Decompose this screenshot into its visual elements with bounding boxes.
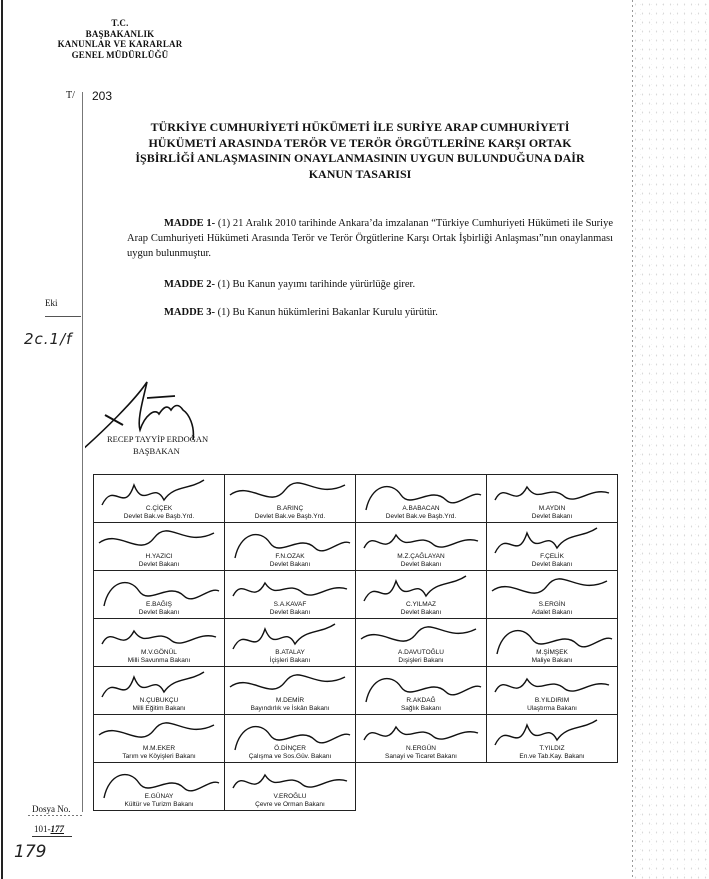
article-label: MADDE 1- bbox=[164, 218, 215, 229]
minister-signature-cell: B.ATALAYİçişleri Bakanı bbox=[225, 619, 356, 667]
signature-cell-content: C.ÇİÇEKDevlet Bak.ve Başb.Yrd. bbox=[94, 475, 224, 522]
minister-signature-cell: A.BABACANDevlet Bak.ve Başb.Yrd. bbox=[356, 475, 487, 523]
minister-title: İçişleri Bakanı bbox=[225, 657, 355, 664]
minister-name: H.YAZICI bbox=[94, 553, 224, 560]
minister-signature-cell: M.V.GÖNÜLMilli Savunma Bakanı bbox=[94, 619, 225, 667]
article-label: MADDE 2- bbox=[164, 279, 215, 290]
minister-name: B.ARINÇ bbox=[225, 505, 355, 512]
signature-cell-content: V.EROĞLUÇevre ve Orman Bakanı bbox=[225, 763, 355, 810]
minister-title: Tarım ve Köyişleri Bakanı bbox=[94, 753, 224, 760]
minister-signature-cell: R.AKDAĞSağlık Bakanı bbox=[356, 667, 487, 715]
page-right-edge bbox=[632, 0, 633, 879]
title-line: HÜKÜMETİ ARASINDA TERÖR VE TERÖR ÖRGÜTLE… bbox=[120, 136, 600, 152]
empty-cell bbox=[487, 763, 618, 811]
minister-title: Devlet Bakanı bbox=[487, 561, 617, 568]
file-number-underline bbox=[32, 836, 72, 837]
minister-name: T.YILDIZ bbox=[487, 745, 617, 752]
minister-title: Sağlık Bakanı bbox=[356, 705, 486, 712]
title-line: TÜRKİYE CUMHURİYETİ HÜKÜMETİ İLE SURİYE … bbox=[120, 120, 600, 136]
minister-signature-cell: V.EROĞLUÇevre ve Orman Bakanı bbox=[225, 763, 356, 811]
minister-name: S.ERGİN bbox=[487, 601, 617, 608]
minister-name: B.ATALAY bbox=[225, 649, 355, 656]
minister-title: Devlet Bakanı bbox=[94, 609, 224, 616]
article-2: MADDE 2- (1) Bu Kanun yayımı tarihinde y… bbox=[164, 277, 415, 292]
minister-name: Ö.DİNÇER bbox=[225, 745, 355, 752]
signature-cell-content: M.ŞİMŞEKMaliye Bakanı bbox=[487, 619, 617, 666]
minister-signature-cell: S.A.KAVAFDevlet Bakanı bbox=[225, 571, 356, 619]
minister-signature-cell: M.AYDINDevlet Bakanı bbox=[487, 475, 618, 523]
minister-signature-cell: T.YILDIZEn.ve Tab.Kay. Bakanı bbox=[487, 715, 618, 763]
minister-name: N.ÇUBUKÇU bbox=[94, 697, 224, 704]
signature-cell-content: A.BABACANDevlet Bak.ve Başb.Yrd. bbox=[356, 475, 486, 522]
article-1: MADDE 1- (1) 21 Aralık 2010 tarihinde An… bbox=[127, 216, 613, 261]
minister-signature-cell: S.ERGİNAdalet Bakanı bbox=[487, 571, 618, 619]
minister-title: Çalışma ve Sos.Güv. Bakanı bbox=[225, 753, 355, 760]
signature-cell-content: N.ÇUBUKÇUMilli Eğitim Bakanı bbox=[94, 667, 224, 714]
document-title: TÜRKİYE CUMHURİYETİ HÜKÜMETİ İLE SURİYE … bbox=[120, 120, 600, 182]
signature-cell-content: T.YILDIZEn.ve Tab.Kay. Bakanı bbox=[487, 715, 617, 762]
minister-name: C.ÇİÇEK bbox=[94, 505, 224, 512]
minister-name: A.BABACAN bbox=[356, 505, 486, 512]
reference-number: 203 bbox=[92, 89, 112, 103]
minister-signature-cell: B.ARINÇDevlet Bak.ve Başb.Yrd. bbox=[225, 475, 356, 523]
minister-signature-cell: M.Z.ÇAĞLAYANDevlet Bakanı bbox=[356, 523, 487, 571]
signature-cell-content: M.Z.ÇAĞLAYANDevlet Bakanı bbox=[356, 523, 486, 570]
minister-signature-cell: C.YILMAZDevlet Bakanı bbox=[356, 571, 487, 619]
minister-name: B.YILDIRIM bbox=[487, 697, 617, 704]
minister-signature-cell: E.GÜNAYKültür ve Turizm Bakanı bbox=[94, 763, 225, 811]
minister-title: Adalet Bakanı bbox=[487, 609, 617, 616]
article-text: (1) Bu Kanun yayımı tarihinde yürürlüğe … bbox=[218, 279, 415, 290]
signature-cell-content: R.AKDAĞSağlık Bakanı bbox=[356, 667, 486, 714]
minister-title: Devlet Bakanı bbox=[356, 609, 486, 616]
minister-signature-cell: N.ÇUBUKÇUMilli Eğitim Bakanı bbox=[94, 667, 225, 715]
minister-title: Çevre ve Orman Bakanı bbox=[225, 801, 355, 808]
signature-cell-content: M.V.GÖNÜLMilli Savunma Bakanı bbox=[94, 619, 224, 666]
signature-row: C.ÇİÇEKDevlet Bak.ve Başb.Yrd.B.ARINÇDev… bbox=[94, 475, 618, 523]
minister-signature-cell: M.ŞİMŞEKMaliye Bakanı bbox=[487, 619, 618, 667]
minister-name: M.AYDIN bbox=[487, 505, 617, 512]
signature-cell-content: A.DAVUTOĞLUDışişleri Bakanı bbox=[356, 619, 486, 666]
org-line: T.C. bbox=[30, 18, 210, 29]
file-number: 101-177 bbox=[34, 824, 64, 834]
file-number-prefix: 101- bbox=[34, 824, 51, 834]
minister-name: M.ŞİMŞEK bbox=[487, 649, 617, 656]
minister-title: Milli Eğitim Bakanı bbox=[94, 705, 224, 712]
signature-cell-content: F.ÇELİKDevlet Bakanı bbox=[487, 523, 617, 570]
handwritten-file-note: 179 bbox=[14, 842, 46, 862]
minister-name: A.DAVUTOĞLU bbox=[356, 649, 486, 656]
minister-name: E.GÜNAY bbox=[94, 793, 224, 800]
minister-signature-cell: F.ÇELİKDevlet Bakanı bbox=[487, 523, 618, 571]
minister-name: C.YILMAZ bbox=[356, 601, 486, 608]
minister-signature-cell: A.DAVUTOĞLUDışişleri Bakanı bbox=[356, 619, 487, 667]
org-line: KANUNLAR VE KARARLAR bbox=[30, 39, 210, 50]
signature-row: N.ÇUBUKÇUMilli Eğitim BakanıM.DEMİRBayın… bbox=[94, 667, 618, 715]
signature-cell-content: N.ERGÜNSanayi ve Ticaret Bakanı bbox=[356, 715, 486, 762]
minister-title: Ulaştırma Bakanı bbox=[487, 705, 617, 712]
article-label: MADDE 3- bbox=[164, 307, 215, 318]
signature-cell-content: B.ATALAYİçişleri Bakanı bbox=[225, 619, 355, 666]
org-line: GENEL MÜDÜRLÜĞÜ bbox=[30, 50, 210, 61]
article-text: (1) Bu Kanun hükümlerini Bakanlar Kurulu… bbox=[218, 307, 438, 318]
minister-name: M.DEMİR bbox=[225, 697, 355, 704]
signature-cell-content: E.BAĞIŞDevlet Bakanı bbox=[94, 571, 224, 618]
org-line: BAŞBAKANLIK bbox=[30, 29, 210, 40]
minister-title: Dışişleri Bakanı bbox=[356, 657, 486, 664]
prime-minister-title: BAŞBAKAN bbox=[133, 446, 180, 456]
minister-signature-cell: N.ERGÜNSanayi ve Ticaret Bakanı bbox=[356, 715, 487, 763]
signature-cell-content: C.YILMAZDevlet Bakanı bbox=[356, 571, 486, 618]
scan-noise bbox=[632, 0, 709, 879]
minister-signature-cell: Ö.DİNÇERÇalışma ve Sos.Güv. Bakanı bbox=[225, 715, 356, 763]
minister-signature-cell: B.YILDIRIMUlaştırma Bakanı bbox=[487, 667, 618, 715]
page-edge bbox=[1, 0, 3, 879]
minister-name: M.V.GÖNÜL bbox=[94, 649, 224, 656]
signature-cell-content: B.YILDIRIMUlaştırma Bakanı bbox=[487, 667, 617, 714]
signature-cell-content: M.DEMİRBayındırlık ve İskân Bakanı bbox=[225, 667, 355, 714]
minister-title: Devlet Bakanı bbox=[356, 561, 486, 568]
issuing-organization: T.C. BAŞBAKANLIK KANUNLAR VE KARARLAR GE… bbox=[30, 18, 210, 60]
minister-signature-cell: M.M.EKERTarım ve Köyişleri Bakanı bbox=[94, 715, 225, 763]
signature-cell-content: M.AYDINDevlet Bakanı bbox=[487, 475, 617, 522]
attachment-underline bbox=[45, 316, 81, 317]
minister-title: Devlet Bakanı bbox=[94, 561, 224, 568]
minister-name: M.Z.ÇAĞLAYAN bbox=[356, 553, 486, 560]
minister-title: Devlet Bakanı bbox=[487, 513, 617, 520]
title-line: KANUN TASARISI bbox=[120, 167, 600, 183]
minister-signature-cell: M.DEMİRBayındırlık ve İskân Bakanı bbox=[225, 667, 356, 715]
signature-row: E.GÜNAYKültür ve Turizm BakanıV.EROĞLUÇe… bbox=[94, 763, 618, 811]
minister-title: Milli Savunma Bakanı bbox=[94, 657, 224, 664]
signature-cell-content: F.N.OZAKDevlet Bakanı bbox=[225, 523, 355, 570]
minister-title: Devlet Bak.ve Başb.Yrd. bbox=[356, 513, 486, 520]
minister-title: Devlet Bak.ve Başb.Yrd. bbox=[94, 513, 224, 520]
signature-row: M.V.GÖNÜLMilli Savunma BakanıB.ATALAYİçi… bbox=[94, 619, 618, 667]
signature-cell-content: H.YAZICIDevlet Bakanı bbox=[94, 523, 224, 570]
empty-cell bbox=[356, 763, 487, 811]
signature-cell-content: Ö.DİNÇERÇalışma ve Sos.Güv. Bakanı bbox=[225, 715, 355, 762]
signature-cell-content: S.A.KAVAFDevlet Bakanı bbox=[225, 571, 355, 618]
prime-minister-name: RECEP TAYYİP ERDOĞAN bbox=[107, 434, 208, 444]
minister-signature-cell: H.YAZICIDevlet Bakanı bbox=[94, 523, 225, 571]
minister-title: Sanayi ve Ticaret Bakanı bbox=[356, 753, 486, 760]
minister-title: Devlet Bakanı bbox=[225, 609, 355, 616]
signature-cell-content: M.M.EKERTarım ve Köyişleri Bakanı bbox=[94, 715, 224, 762]
minister-name: N.ERGÜN bbox=[356, 745, 486, 752]
signature-cell-content: B.ARINÇDevlet Bak.ve Başb.Yrd. bbox=[225, 475, 355, 522]
minister-name: M.M.EKER bbox=[94, 745, 224, 752]
signature-row: E.BAĞIŞDevlet BakanıS.A.KAVAFDevlet Baka… bbox=[94, 571, 618, 619]
minister-name: S.A.KAVAF bbox=[225, 601, 355, 608]
minister-signature-cell: F.N.OZAKDevlet Bakanı bbox=[225, 523, 356, 571]
minister-title: Devlet Bakanı bbox=[225, 561, 355, 568]
file-number-divider bbox=[28, 815, 82, 816]
minister-title: Bayındırlık ve İskân Bakanı bbox=[225, 705, 355, 712]
handwritten-attachment-note: 2c.1/f bbox=[24, 330, 72, 348]
minister-signature-cell: E.BAĞIŞDevlet Bakanı bbox=[94, 571, 225, 619]
signature-row: H.YAZICIDevlet BakanıF.N.OZAKDevlet Baka… bbox=[94, 523, 618, 571]
minister-name: F.ÇELİK bbox=[487, 553, 617, 560]
minister-name: E.BAĞIŞ bbox=[94, 601, 224, 608]
minister-signature-cell: C.ÇİÇEKDevlet Bak.ve Başb.Yrd. bbox=[94, 475, 225, 523]
file-number-suffix: 177 bbox=[51, 824, 65, 834]
article-3: MADDE 3- (1) Bu Kanun hükümlerini Bakanl… bbox=[164, 305, 438, 320]
file-number-label: Dosya No. bbox=[32, 804, 71, 814]
minister-title: En.ve Tab.Kay. Bakanı bbox=[487, 753, 617, 760]
minister-title: Kültür ve Turizm Bakanı bbox=[94, 801, 224, 808]
signature-cell-content: S.ERGİNAdalet Bakanı bbox=[487, 571, 617, 618]
minister-title: Maliye Bakanı bbox=[487, 657, 617, 664]
attachment-label: Eki bbox=[45, 298, 58, 308]
ministers-signature-table: C.ÇİÇEKDevlet Bak.ve Başb.Yrd.B.ARINÇDev… bbox=[93, 474, 618, 811]
margin-rule bbox=[82, 92, 83, 812]
signature-row: M.M.EKERTarım ve Köyişleri BakanıÖ.DİNÇE… bbox=[94, 715, 618, 763]
minister-name: V.EROĞLU bbox=[225, 793, 355, 800]
title-line: İŞBİRLİĞİ ANLAŞMASININ ONAYLANMASININ UY… bbox=[120, 151, 600, 167]
minister-name: F.N.OZAK bbox=[225, 553, 355, 560]
signature-cell-content: E.GÜNAYKültür ve Turizm Bakanı bbox=[94, 763, 224, 810]
minister-title: Devlet Bak.ve Başb.Yrd. bbox=[225, 513, 355, 520]
reference-prefix: T/ bbox=[66, 90, 75, 101]
minister-name: R.AKDAĞ bbox=[356, 697, 486, 704]
